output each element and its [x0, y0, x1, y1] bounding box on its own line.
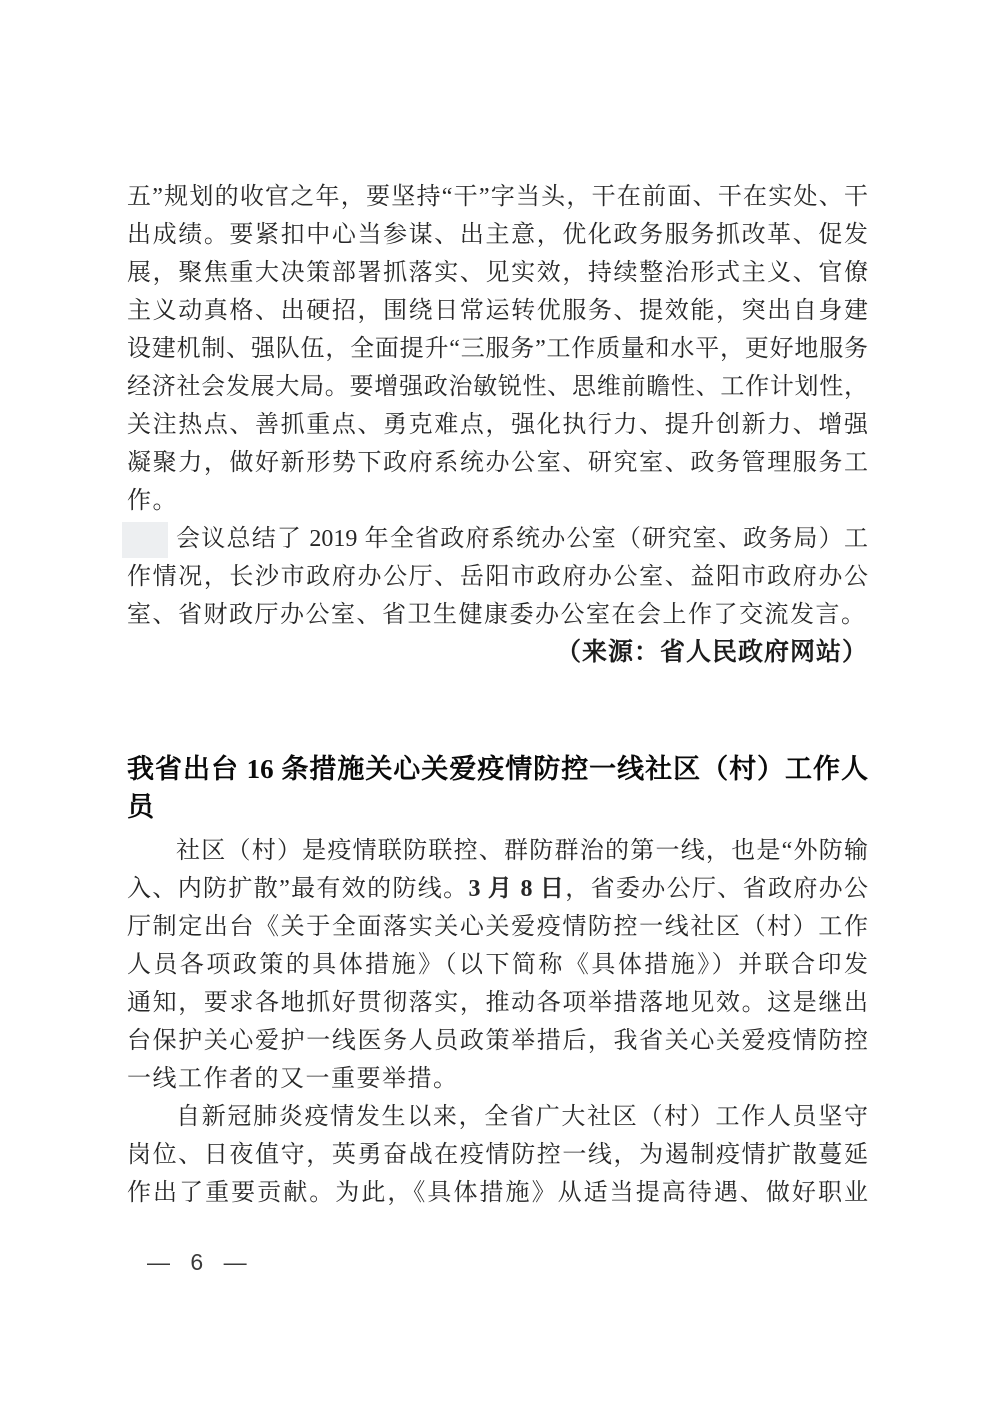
- text-line: 关注热点、善抓重点、勇克难点，强化执行力、提升创新力、增强: [127, 406, 868, 444]
- text-line: 五”规划的收官之年，要坚持“干”字当头，干在前面、干在实处、干: [127, 178, 868, 216]
- text-segment: 作情况，长沙市政府办公厅、岳阳市政府办公室、益阳市政府办公: [127, 564, 868, 590]
- text-line: 通知，要求各地抓好贯彻落实，推动各项举措落地见效。这是继出: [127, 984, 868, 1022]
- text-line: 厅制定出台《关于全面落实关心关爱疫情防控一线社区（村）工作: [127, 908, 868, 946]
- text-line: 社区（村）是疫情联防联控、群防群治的第一线，也是“外防输: [127, 832, 868, 870]
- text-segment: 作。: [127, 488, 178, 514]
- text-segment: 关注热点、善抓重点、勇克难点，强化执行力、提升创新力、增强: [127, 412, 868, 438]
- text-line: 台保护关心爱护一线医务人员政策举措后，我省关心关爱疫情防控: [127, 1022, 868, 1060]
- text-segment: 作出了重要贡献。为此，《具体措施》从适当提高待遇、做好职业: [127, 1180, 868, 1206]
- text-line: 作出了重要贡献。为此，《具体措施》从适当提高待遇、做好职业: [127, 1174, 868, 1212]
- paragraph-measures-intro: 社区（村）是疫情联防联控、群防群治的第一线，也是“外防输入、内防扩散”最有效的防…: [127, 832, 868, 1098]
- text-line: 自新冠肺炎疫情发生以来，全省广大社区（村）工作人员坚守: [127, 1098, 868, 1136]
- text-segment: 社区（村）是疫情联防联控、群防群治的第一线，也是“外防输: [176, 838, 868, 864]
- text-segment: 展，聚焦重大决策部署抓落实、见实效，持续整治形式主义、官僚: [127, 260, 868, 286]
- text-segment: 人员各项政策的具体措施》（以下简称《具体措施》）并联合印发: [127, 952, 868, 978]
- document-page: 五”规划的收官之年，要坚持“干”字当头，干在前面、干在实处、干出成绩。要紧扣中心…: [0, 0, 992, 1403]
- text-segment: 一线工作者的又一重要举措。: [127, 1066, 459, 1092]
- section-heading: 我省出台 16 条措施关心关爱疫情防控一线社区（村）工作人员: [127, 750, 868, 788]
- text-segment: 台保护关心爱护一线医务人员政策举措后，我省关心关爱疫情防控: [127, 1028, 868, 1054]
- text-line: 作。: [127, 482, 868, 520]
- text-segment: 凝聚力，做好新形势下政府系统办公室、研究室、政务管理服务工: [127, 450, 868, 476]
- text-line: 作情况，长沙市政府办公厅、岳阳市政府办公室、益阳市政府办公: [127, 558, 868, 596]
- text-segment: ，省委办公厅、省政府办公: [565, 876, 868, 902]
- text-line: 一线工作者的又一重要举措。: [127, 1060, 868, 1098]
- text-line: 出成绩。要紧扣中心当参谋、出主意，优化政务服务抓改革、促发: [127, 216, 868, 254]
- page-number: — 6 —: [147, 1249, 249, 1276]
- text-segment: 五”规划的收官之年，要坚持“干”字当头，干在前面、干在实处、干: [127, 184, 868, 210]
- paragraph-meeting-summary: 会议总结了 2019 年全省政府系统办公室（研究室、政务局）工作情况，长沙市政府…: [127, 520, 868, 634]
- text-segment: 入、内防扩散”最有效的防线。: [127, 876, 468, 902]
- text-segment: 出成绩。要紧扣中心当参谋、出主意，优化政务服务抓改革、促发: [127, 222, 868, 248]
- paragraph-contribution: 自新冠肺炎疫情发生以来，全省广大社区（村）工作人员坚守岗位、日夜值守，英勇奋战在…: [127, 1098, 868, 1212]
- text-segment: 室、省财政厅办公室、省卫生健康委办公室在会上作了交流发言。: [127, 602, 867, 628]
- text-segment: 岗位、日夜值守，英勇奋战在疫情防控一线，为遏制疫情扩散蔓延: [127, 1142, 868, 1168]
- text-line: 岗位、日夜值守，英勇奋战在疫情防控一线，为遏制疫情扩散蔓延: [127, 1136, 868, 1174]
- text-segment: 设建机制、强队伍，全面提升“三服务”工作质量和水平，更好地服务: [127, 336, 868, 362]
- text-line: 会议总结了 2019 年全省政府系统办公室（研究室、政务局）工: [127, 520, 868, 558]
- text-line: 入、内防扩散”最有效的防线。3 月 8 日，省委办公厅、省政府办公: [127, 870, 868, 908]
- text-line: 经济社会发展大局。要增强政治敏锐性、思维前瞻性、工作计划性，: [127, 368, 868, 406]
- text-segment: 主义动真格、出硬招，围绕日常运转优服务、提效能，突出自身建: [127, 298, 868, 324]
- text-segment: 厅制定出台《关于全面落实关心关爱疫情防控一线社区（村）工作: [127, 914, 868, 940]
- source-attribution: （来源：省人民政府网站）: [127, 634, 868, 672]
- text-segment: 通知，要求各地抓好贯彻落实，推动各项举措落地见效。这是继出: [127, 990, 868, 1016]
- text-line: 设建机制、强队伍，全面提升“三服务”工作质量和水平，更好地服务: [127, 330, 868, 368]
- text-segment: 自新冠肺炎疫情发生以来，全省广大社区（村）工作人员坚守: [176, 1104, 868, 1130]
- text-line: 人员各项政策的具体措施》（以下简称《具体措施》）并联合印发: [127, 946, 868, 984]
- highlight-box: [122, 522, 168, 558]
- bold-text-segment: 3 月 8 日: [468, 876, 565, 902]
- text-segment: 经济社会发展大局。要增强政治敏锐性、思维前瞻性、工作计划性，: [127, 374, 868, 400]
- paragraph-continuation: 五”规划的收官之年，要坚持“干”字当头，干在前面、干在实处、干出成绩。要紧扣中心…: [127, 178, 868, 520]
- text-line: 凝聚力，做好新形势下政府系统办公室、研究室、政务管理服务工: [127, 444, 868, 482]
- text-line: 展，聚焦重大决策部署抓落实、见实效，持续整治形式主义、官僚: [127, 254, 868, 292]
- text-segment: 会议总结了 2019 年全省政府系统办公室（研究室、政务局）工: [176, 526, 868, 552]
- text-line: 主义动真格、出硬招，围绕日常运转优服务、提效能，突出自身建: [127, 292, 868, 330]
- document-body: 五”规划的收官之年，要坚持“干”字当头，干在前面、干在实处、干出成绩。要紧扣中心…: [127, 178, 868, 1212]
- text-line: 室、省财政厅办公室、省卫生健康委办公室在会上作了交流发言。: [127, 596, 868, 634]
